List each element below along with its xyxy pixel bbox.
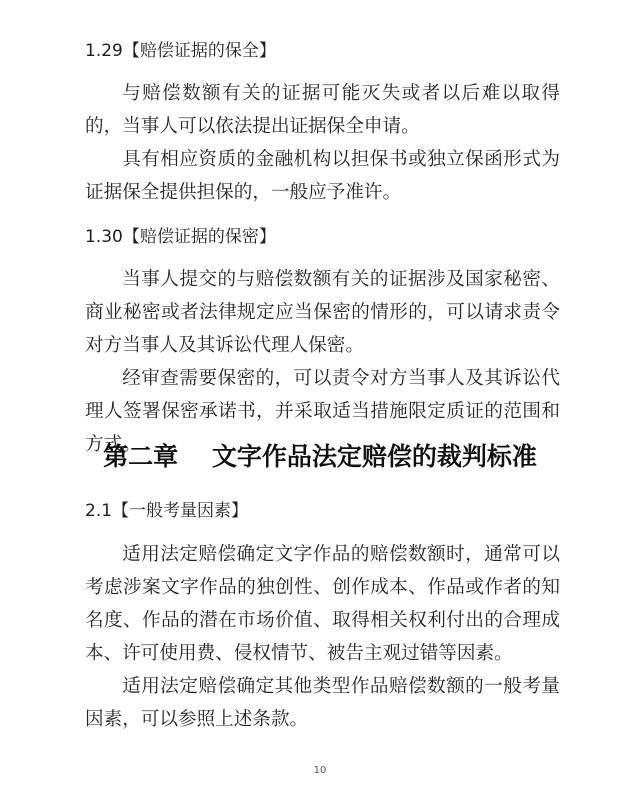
page-number: 10 <box>0 765 640 776</box>
paragraph: 当事人提交的与赔偿数额有关的证据涉及国家秘密、商业秘密或者法律规定应当保密的情形… <box>85 263 560 362</box>
paragraph: 适用法定赔偿确定其他类型作品赔偿数额的一般考量因素，可以参照上述条款。 <box>85 670 560 736</box>
paragraph: 具有相应资质的金融机构以担保书或独立保函形式为证据保全提供担保的，一般应予准许。 <box>85 143 560 209</box>
section-heading-1-29: 1.29【赔偿证据的保全】 <box>85 36 276 61</box>
paragraph: 适用法定赔偿确定文字作品的赔偿数额时，通常可以考虑涉案文字作品的独创性、创作成本… <box>85 538 560 670</box>
section-heading-1-30: 1.30【赔偿证据的保密】 <box>85 222 276 247</box>
section-heading-2-1: 2.1【一般考量因素】 <box>85 496 248 521</box>
paragraph: 与赔偿数额有关的证据可能灭失或者以后难以取得的，当事人可以依法提出证据保全申请。 <box>85 77 560 143</box>
document-page: 1.29【赔偿证据的保全】 与赔偿数额有关的证据可能灭失或者以后难以取得的，当事… <box>0 0 640 799</box>
chapter-title: 第二章 文字作品法定赔偿的裁判标准 <box>0 437 640 473</box>
